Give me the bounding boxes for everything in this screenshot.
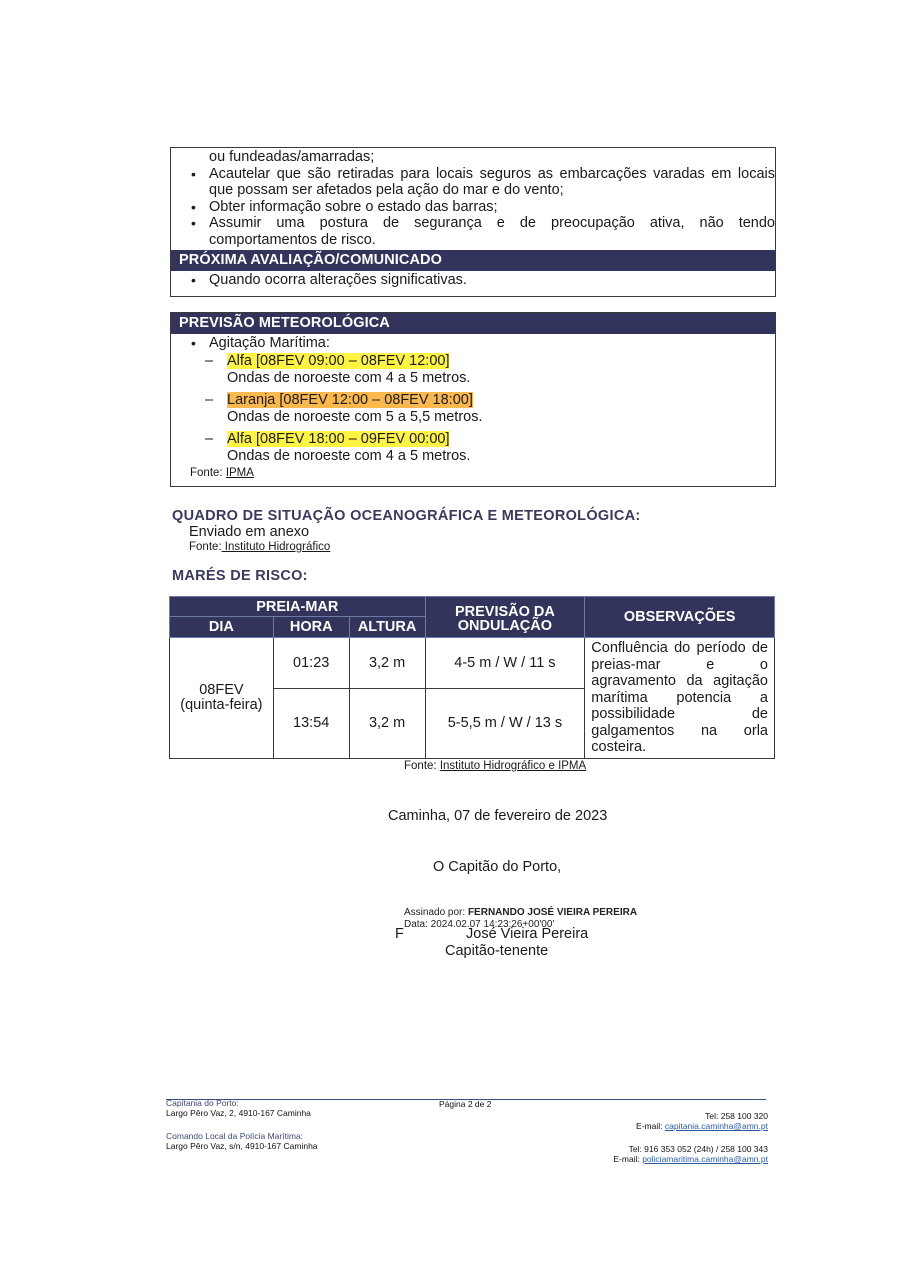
- header-altura: ALTURA: [349, 617, 425, 638]
- email-label: E-mail:: [636, 1121, 665, 1131]
- precaution-continued: ou fundeadas/amarradas;: [171, 149, 775, 166]
- ondulacao-cell: 5-5,5 m / W / 13 s: [425, 689, 585, 758]
- observation-cell: Confluência do período de preias-mar e o…: [585, 638, 775, 759]
- source-label: Fonte:: [189, 541, 222, 553]
- source-link: IPMA: [226, 467, 254, 479]
- source-label: Fonte:: [404, 760, 440, 772]
- capitania-email-link[interactable]: capitania.caminha@amn.pt: [665, 1121, 768, 1131]
- policia-address: Largo Pêro Vaz, s/n, 4910-167 Caminha: [166, 1141, 318, 1151]
- oceanographic-title: QUADRO DE SITUAÇÃO OCEANOGRÁFICA E METEO…: [172, 508, 641, 524]
- capitania-tel: Tel: 258 100 320: [636, 1111, 768, 1121]
- salutation: O Capitão do Porto,: [433, 859, 561, 875]
- dash-icon: –: [205, 392, 213, 409]
- next-evaluation-header: PRÓXIMA AVALIAÇÃO/COMUNICADO: [171, 250, 775, 271]
- forecast-header: PREVISÃO METEOROLÓGICA: [171, 313, 775, 334]
- header-previsao: PREVISÃO DA ONDULAÇÃO: [425, 597, 585, 638]
- warning-label-alfa: Alfa [08FEV 18:00 – 09FEV 00:00]: [227, 431, 449, 447]
- capitania-address: Largo Pêro Vaz, 2, 4910-167 Caminha: [166, 1108, 311, 1118]
- page-number: Página 2 de 2: [439, 1099, 491, 1109]
- oceanographic-source: Fonte: Instituto Hidrográfico: [189, 541, 330, 553]
- footer-policia-contacts: Tel: 916 353 052 (24h) / 258 100 343 E-m…: [613, 1144, 768, 1164]
- footer-capitania-contacts: Tel: 258 100 320 E-mail: capitania.camin…: [636, 1111, 768, 1131]
- forecast-box: PREVISÃO METEOROLÓGICA Agitação Marítima…: [170, 312, 776, 487]
- next-evaluation-item: Quando ocorra alterações significativas.: [171, 272, 775, 289]
- day: 08FEV: [199, 682, 243, 698]
- day-cell: 08FEV (quinta-feira): [170, 638, 274, 759]
- signed-by-label: Assinado por:: [404, 907, 465, 918]
- header-dia: DIA: [170, 617, 274, 638]
- tides-title: MARÉS DE RISCO:: [172, 568, 308, 584]
- ondulacao-cell: 4-5 m / W / 11 s: [425, 638, 585, 689]
- oceanographic-text: Enviado em anexo: [189, 524, 309, 540]
- tides-table: PREIA-MAR PREVISÃO DA ONDULAÇÃO OBSERVAÇ…: [169, 596, 775, 759]
- signer-initial: F: [395, 926, 404, 942]
- tides-source: Fonte: Instituto Hidrográfico e IPMA: [404, 760, 586, 772]
- weekday: (quinta-feira): [180, 697, 262, 713]
- forecast-source: Fonte: IPMA: [171, 467, 775, 479]
- signer-rank: Capitão-tenente: [445, 943, 548, 959]
- source-label: Fonte:: [190, 467, 226, 479]
- source-link: Instituto Hidrográfico: [222, 541, 331, 553]
- header-hora: HORA: [273, 617, 349, 638]
- footer-capitania: Capitania do Porto: Largo Pêro Vaz, 2, 4…: [166, 1098, 311, 1118]
- hora-cell: 13:54: [273, 689, 349, 758]
- altura-cell: 3,2 m: [349, 638, 425, 689]
- policia-tel: Tel: 916 353 052 (24h) / 258 100 343: [613, 1144, 768, 1154]
- warning-description: Ondas de noroeste com 4 a 5 metros.: [227, 448, 470, 464]
- dash-icon: –: [205, 353, 213, 370]
- precaution-item: Acautelar que são retiradas para locais …: [171, 166, 775, 199]
- precautions-box: ou fundeadas/amarradas; Acautelar que sã…: [170, 147, 776, 297]
- forecast-bullet: Agitação Marítima:: [171, 335, 775, 352]
- source-link: Instituto Hidrográfico e IPMA: [440, 760, 586, 772]
- warning-description: Ondas de noroeste com 5 a 5,5 metros.: [227, 409, 483, 425]
- warning-label-laranja: Laranja [08FEV 12:00 – 08FEV 18:00]: [227, 392, 473, 408]
- dash-icon: –: [205, 431, 213, 448]
- header-preia-mar: PREIA-MAR: [170, 597, 426, 617]
- warning-label-alfa: Alfa [08FEV 09:00 – 08FEV 12:00]: [227, 353, 449, 369]
- precaution-item: Assumir uma postura de segurança e de pr…: [171, 215, 775, 248]
- table-row: 08FEV (quinta-feira) 01:23 3,2 m 4-5 m /…: [170, 638, 775, 689]
- signer-name: José Vieira Pereira: [466, 926, 588, 942]
- place-date: Caminha, 07 de fevereiro de 2023: [388, 808, 607, 824]
- warning-description: Ondas de noroeste com 4 a 5 metros.: [227, 370, 470, 386]
- capitania-label: Capitania do Porto:: [166, 1098, 311, 1108]
- warning-item: – Alfa [08FEV 09:00 – 08FEV 12:00] Ondas…: [171, 353, 775, 387]
- policia-email-link[interactable]: policiamaritima.caminha@amn.pt: [642, 1154, 768, 1164]
- signed-by-name: FERNANDO JOSÉ VIEIRA PEREIRA: [468, 907, 637, 918]
- policia-label: Comando Local da Polícia Marítima:: [166, 1131, 318, 1141]
- hora-cell: 01:23: [273, 638, 349, 689]
- header-observacoes: OBSERVAÇÕES: [585, 597, 775, 638]
- warning-item: – Alfa [08FEV 18:00 – 09FEV 00:00] Ondas…: [171, 431, 775, 465]
- footer-policia: Comando Local da Polícia Marítima: Largo…: [166, 1131, 318, 1151]
- warning-item: – Laranja [08FEV 12:00 – 08FEV 18:00] On…: [171, 392, 775, 426]
- email-label: E-mail:: [613, 1154, 642, 1164]
- precaution-item: Obter informação sobre o estado das barr…: [171, 199, 775, 216]
- altura-cell: 3,2 m: [349, 689, 425, 758]
